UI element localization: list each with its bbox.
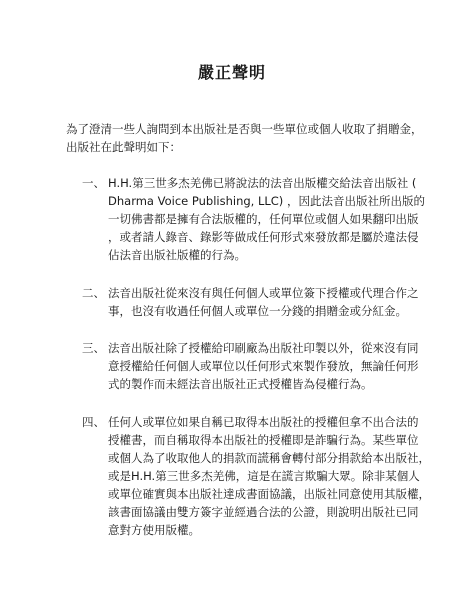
item-line: 法音出版社除了授權給印刷廠為出版社印製以外，從來沒有同 [108,339,428,357]
item-line: 意授權給任何個人或單位以任何形式來製作發放，無論任何形 [108,357,428,375]
item-marker: 四、 [82,413,108,431]
item-line: ，或者請人錄音、錄影等做成任何形式來發放都是屬於違法侵 [108,228,428,246]
item-marker: 三、 [82,339,108,357]
item-line: 或個人為了收取他人的捐款而謊稱會轉付部分捐款給本出版社， [108,449,428,467]
item-line: 授權書，而自稱取得本出版社的授權即是詐騙行為。某些單位 [108,431,428,449]
intro-line: 出版社在此聲明如下： [66,138,436,156]
item-line: 事，也沒有收過任何個人或單位一分錢的捐贈金或分紅金。 [108,302,428,320]
intro-paragraph: 為了澄清一些人詢問到本出版社是否與一些單位或個人收取了捐贈金， 出版社在此聲明如… [66,120,436,156]
item-line: 意對方使用版權。 [108,521,428,539]
item-marker: 二、 [82,284,108,302]
item-line: Dharma Voice Publishing, LLC) ，因此法音出版社所出… [108,192,428,210]
item-line: 佔法音出版社版權的行為。 [108,246,428,264]
item-line: 該書面協議由雙方簽字並經過合法的公證，則說明出版社已同 [108,503,428,521]
item-line: 一切佛書都是擁有合法版權的，任何單位或個人如果翻印出版 [108,210,428,228]
item-line: 或單位確實與本出版社達成書面協議，出版社同意使用其版權， [108,485,428,503]
item-line: H.H.第三世多杰羌佛已將說法的法音出版權交給法音出版社 ( [108,174,428,192]
item-line: 任何人或單位如果自稱已取得本出版社的授權但拿不出合法的 [108,413,428,431]
item-line: 法音出版社從來沒有與任何個人或單位簽下授權或代理合作之 [108,284,428,302]
item-line: 或是H.H.第三世多杰羌佛，這是在謊言欺騙大眾。除非某個人 [108,467,428,485]
item-line: 式的製作而未經法音出版社正式授權皆為侵權行為。 [108,375,428,393]
page-title: 嚴正聲明 [0,60,464,83]
intro-line: 為了澄清一些人詢問到本出版社是否與一些單位或個人收取了捐贈金， [66,120,436,138]
item-marker: 一、 [82,174,108,192]
